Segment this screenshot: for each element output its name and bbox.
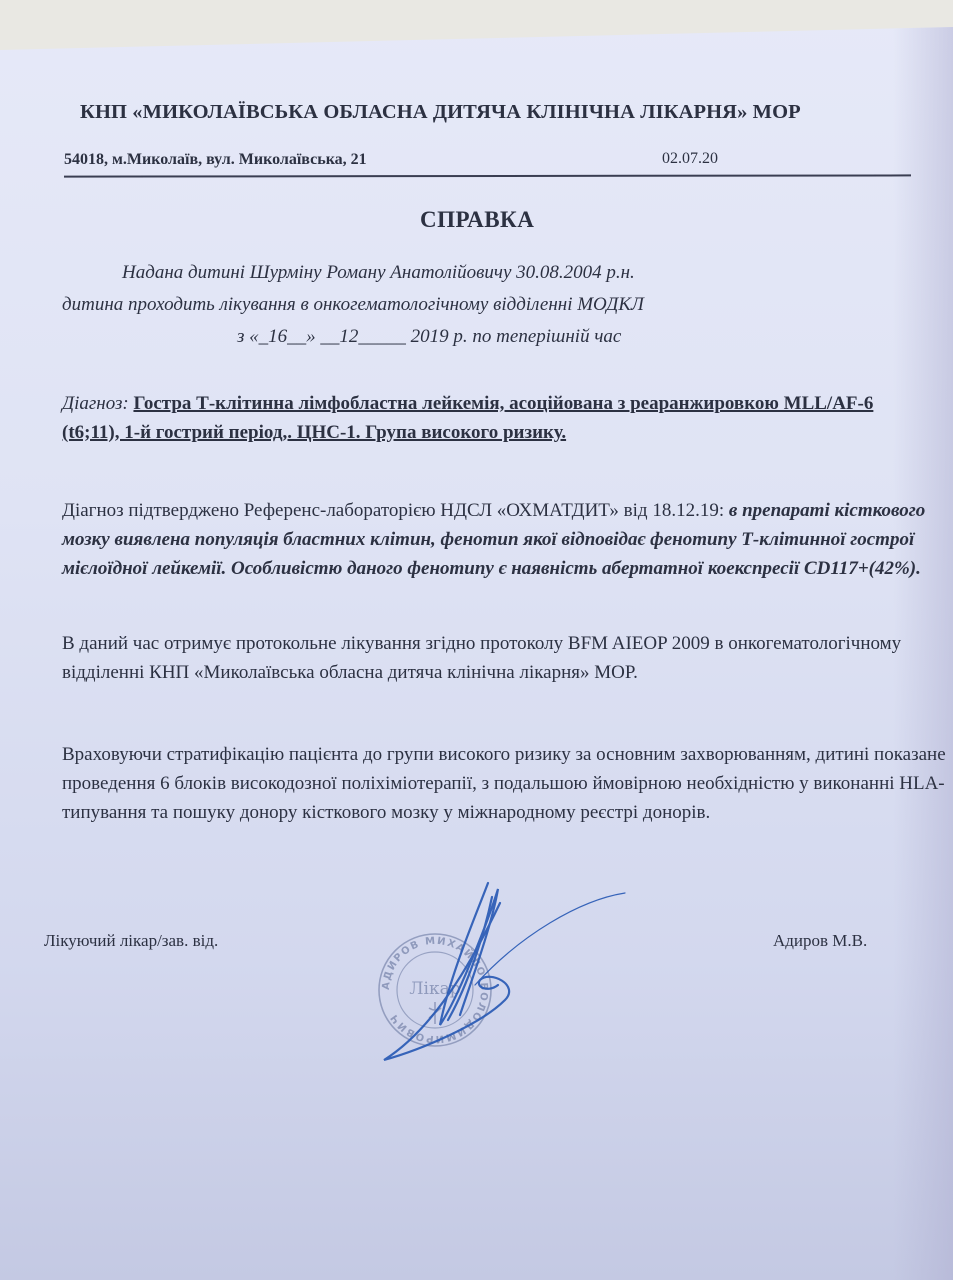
diagnosis-paragraph: Діагноз: Гостра Т-клітинна лімфобластна …	[62, 389, 932, 447]
diagnosis-text: Гостра Т-клітинна лімфобластна лейкемія,…	[62, 393, 873, 443]
organization-title: КНП «МИКОЛАЇВСЬКА ОБЛАСНА ДИТЯЧА КЛІНІЧН…	[80, 101, 801, 124]
intro-line-patient: Надана дитині Шурміну Роману Анатолійови…	[122, 262, 635, 284]
treatment-paragraph: В даний час отримує протокольне лікуванн…	[62, 629, 922, 687]
signer-role: Лікуючий лікар/зав. від.	[44, 931, 218, 951]
signature-icon	[380, 875, 630, 1065]
signer-name: Адиров М.В.	[773, 931, 867, 951]
intro-line-department: дитина проходить лікування в онкогематол…	[62, 294, 644, 316]
confirmation-text: Діагноз підтверджено Референс-лабораторі…	[62, 500, 729, 521]
confirmation-paragraph: Діагноз підтверджено Референс-лабораторі…	[62, 496, 932, 583]
document-title: СПРАВКА	[420, 207, 534, 233]
intro-line-period: з «_16__» __12_____ 2019 р. по теперішні…	[237, 326, 621, 348]
document-date: 02.07.20	[662, 150, 718, 168]
stratification-paragraph: Враховуючи стратифікацію пацієнта до гру…	[62, 740, 947, 827]
organization-address: 54018, м.Миколаїв, вул. Миколаївська, 21	[64, 151, 367, 169]
diagnosis-label: Діагноз:	[62, 393, 129, 414]
